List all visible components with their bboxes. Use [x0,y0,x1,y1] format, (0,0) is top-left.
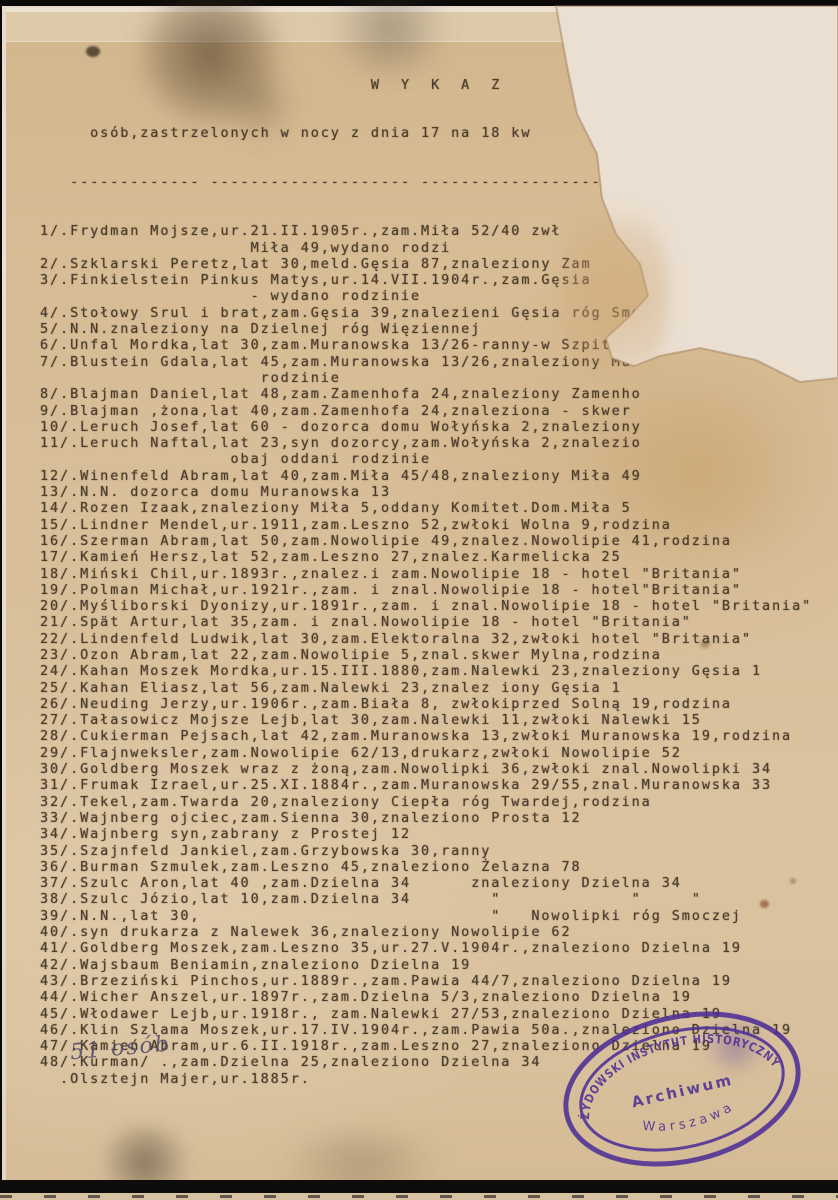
typed-line: obaj oddani rodzinie [40,451,838,467]
svg-text:ŻYDOWSKI INSTYTUT HISTORYCZNY: ŻYDOWSKI INSTYTUT HISTORYCZNY [563,1013,786,1123]
typed-line: 23/.Ozon Abram,lat 22,zam.Nowolipie 5,zn… [40,647,838,663]
typed-line: 4/.Stołowy Srul i brat,zam.Gęsia 39,znal… [40,305,838,321]
typed-line: 35/.Szajnfeld Jankiel,zam.Grzybowska 30,… [40,843,838,859]
typed-line: 17/.Kamień Hersz,lat 52,zam.Leszno 27,zn… [40,549,838,565]
typed-line: 43/.Brzeziński Pinchos,ur.1889r.,zam.Paw… [40,973,838,989]
typed-line: 19/.Polman Michał,ur.1921r.,zam. i znal.… [40,582,838,598]
typed-line: 39/.N.N.,lat 30, " Nowolipki róg Smoczej [40,908,838,924]
typed-line: 27/.Tałasowicz Mojsze Lejb,lat 30,zam.Na… [40,712,838,728]
scanned-document-page: W Y K A Z osób,zastrzelonych w nocy z dn… [0,0,838,1200]
typed-line: 2/.Szklarski Peretz,lat 30,meld.Gęsia 87… [40,256,838,272]
typed-line: 1/.Frydman Mojsze,ur.21.II.1905r.,zam.Mi… [40,223,838,239]
typed-line: 40/.syn drukarza z Nalewek 36,znaleziony… [40,924,838,940]
typed-line: 31/.Frumak Izrael,ur.25.XI.1884r.,zam.Mu… [40,777,838,793]
tape-strip [6,8,566,42]
typed-line: 7/.Blustein Gdala,lat 45,zam.Muranowska … [40,354,838,370]
typed-line: 20/.Myśliborski Dyonizy,ur.1891r.,zam. i… [40,598,838,614]
typed-line: 15/.Lindner Mendel,ur.1911,zam.Leszno 52… [40,517,838,533]
typed-line: 12/.Winenfeld Abram,lat 40,zam.Miła 45/4… [40,468,838,484]
typed-line: 37/.Szulc Aron,lat 40 ,zam.Dzielna 34 zn… [40,875,838,891]
typed-line: 11/.Leruch Naftal,lat 23,syn dozorcy,zam… [40,435,838,451]
typed-line: 25/.Kahan Eliasz,lat 56,zam.Nalewki 23,z… [40,680,838,696]
typed-line: 24/.Kahan Moszek Mordka,ur.15.III.1880,z… [40,663,838,679]
typed-line: 34/.Wajnberg syn,zabrany z Prostej 12 [40,826,838,842]
typed-line: 14/.Rozen Izaak,znaleziony Miła 5,oddany… [40,500,838,516]
typed-line: 16/.Szerman Abram,lat 50,zam.Nowolipie 4… [40,533,838,549]
typed-line: 5/.N.N.znaleziony na Dzielnej róg Więzie… [40,321,838,337]
typed-line: 36/.Burman Szmulek,zam.Leszno 45,znalezi… [40,859,838,875]
typed-line: 22/.Lindenfeld Ludwik,lat 30,zam.Elektor… [40,631,838,647]
typed-line: 6/.Unfal Mordka,lat 30,zam.Muranowska 13… [40,337,838,353]
document-subtitle: osób,zastrzelonych w nocy z dnia 17 na 1… [40,125,838,141]
divider-line: ------------- -------------------- -----… [40,174,838,190]
typed-line: 26/.Neuding Jerzy,ur.1906r.,zam.Biała 8,… [40,696,838,712]
typed-line: 32/.Tekel,zam.Twarda 20,znaleziony Ciepł… [40,794,838,810]
typed-line: 9/.Blajman ,żona,lat 40,zam.Zamenhofa 24… [40,403,838,419]
typed-line: 38/.Szulc Józio,lat 10,zam.Dzielna 34 " … [40,891,838,907]
typed-line: 8/.Blajman Daniel,lat 48,zam.Zamenhofa 2… [40,386,838,402]
typed-line: 3/.Finkielstein Pinkus Matys,ur.14.VII.1… [40,272,838,288]
typed-line: 29/.Flajnweksler,zam.Nowolipie 62/13,dru… [40,745,838,761]
stamp-top-text: ŻYDOWSKI INSTYTUT HISTORYCZNY [563,1013,786,1123]
typed-line: 42/.Wajsbaum Beniamin,znaleziono Dzielna… [40,957,838,973]
typed-line: - wydano rodzinie [40,288,838,304]
next-page-dashes [0,1195,838,1198]
typed-line: 18/.Miński Chil,ur.1893r.,znalez.i zam.N… [40,566,838,582]
typed-line: 33/.Wajnberg ojciec,zam.Sienna 30,znalez… [40,810,838,826]
typed-line: 13/.N.N. dozorca domu Muranowska 13 [40,484,838,500]
typed-text-block: W Y K A Z osób,zastrzelonych w nocy z dn… [40,44,838,1120]
typed-line: 30/.Goldberg Moszek wraz z żoną,zam.Nowo… [40,761,838,777]
typed-line: 21/.Spät Artur,lat 35,zam. i znal.Nowoli… [40,614,838,630]
typed-line: 10/.Leruch Josef,lat 60 - dozorca domu W… [40,419,838,435]
document-title: W Y K A Z [40,77,838,93]
next-page-edge [0,1193,838,1200]
typed-line: 41/.Goldberg Moszek,zam.Leszno 35,ur.27.… [40,940,838,956]
typed-lines: 1/.Frydman Mojsze,ur.21.II.1905r.,zam.Mi… [40,223,838,1087]
typed-line: Miła 49,wydano rodzi [40,240,838,256]
typed-line: 28/.Cukierman Pejsach,lat 42,zam.Muranow… [40,728,838,744]
typed-line: rodzinie [40,370,838,386]
scan-bottom-bar [0,1180,838,1193]
